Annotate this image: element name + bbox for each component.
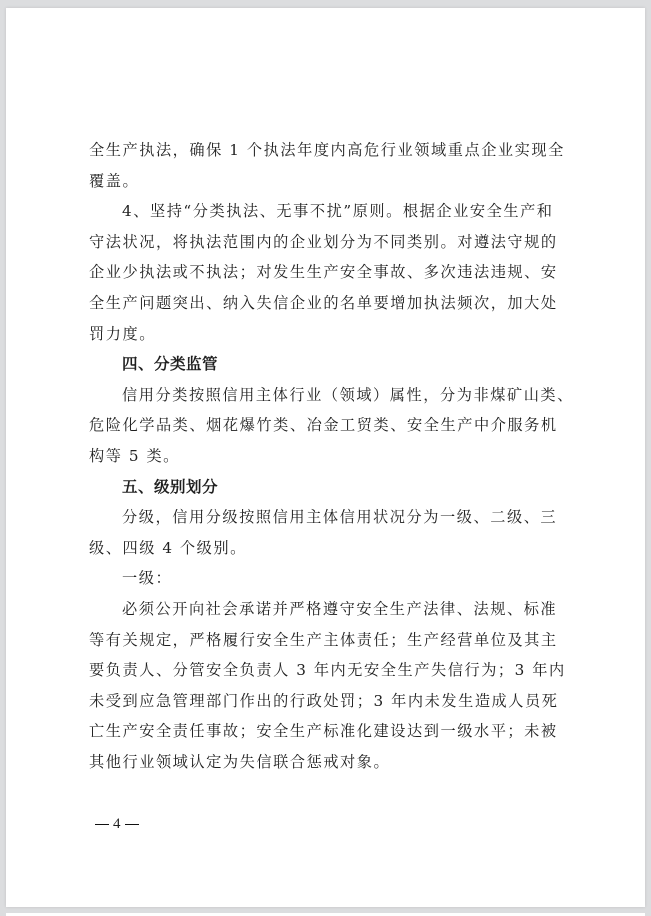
subheading-level-one: 一级： [89,563,567,594]
body-line-3: 4、坚持“分类执法、无事不扰”原则。根据企业安全生产和 [89,196,567,227]
body-line-13: 分级，信用分级按照信用主体信用状况分为一级、二级、三 [89,502,567,533]
document-page: 全生产执法，确保 1 个执法年度内高危行业领域重点企业实现全 覆盖。 4、坚持“… [6,8,645,907]
body-line-2: 覆盖。 [89,166,567,197]
body-line-7: 罚力度。 [89,319,567,350]
body-line-18: 要负责人、分管安全负责人 3 年内无安全生产失信行为；3 年内 [89,655,567,686]
section-heading-classification: 四、分类监管 [89,349,567,380]
body-line-20: 亡生产安全责任事故；安全生产标准化建设达到一级水平；未被 [89,716,567,747]
body-line-16: 必须公开向社会承诺并严格遵守安全生产法律、法规、标准 [89,594,567,625]
dash-right [125,824,139,826]
body-line-19: 未受到应急管理部门作出的行政处罚；3 年内未发生造成人员死 [89,686,567,717]
body-line-6: 全生产问题突出、纳入失信企业的名单要增加执法频次，加大处 [89,288,567,319]
body-line-5: 企业少执法或不执法；对发生生产安全事故、多次违法违规、安 [89,257,567,288]
body-line-1: 全生产执法，确保 1 个执法年度内高危行业领域重点企业实现全 [89,135,567,166]
page-body: 全生产执法，确保 1 个执法年度内高危行业领域重点企业实现全 覆盖。 4、坚持“… [89,135,567,777]
section-heading-levels: 五、级别划分 [89,472,567,503]
body-line-10: 危险化学品类、烟花爆竹类、冶金工贸类、安全生产中介服务机 [89,410,567,441]
body-line-14: 级、四级 4 个级别。 [89,533,567,564]
body-line-21: 其他行业领域认定为失信联合惩戒对象。 [89,747,567,778]
body-line-9: 信用分类按照信用主体行业（领域）属性，分为非煤矿山类、 [89,380,567,411]
body-line-17: 等有关规定，严格履行安全生产主体责任；生产经营单位及其主 [89,625,567,656]
dash-left [95,824,109,826]
body-line-11: 构等 5 类。 [89,441,567,472]
body-line-4: 守法状况，将执法范围内的企业划分为不同类别。对遵法守规的 [89,227,567,258]
page-number-value: 4 [111,816,123,833]
page-number: 4 [95,816,139,833]
